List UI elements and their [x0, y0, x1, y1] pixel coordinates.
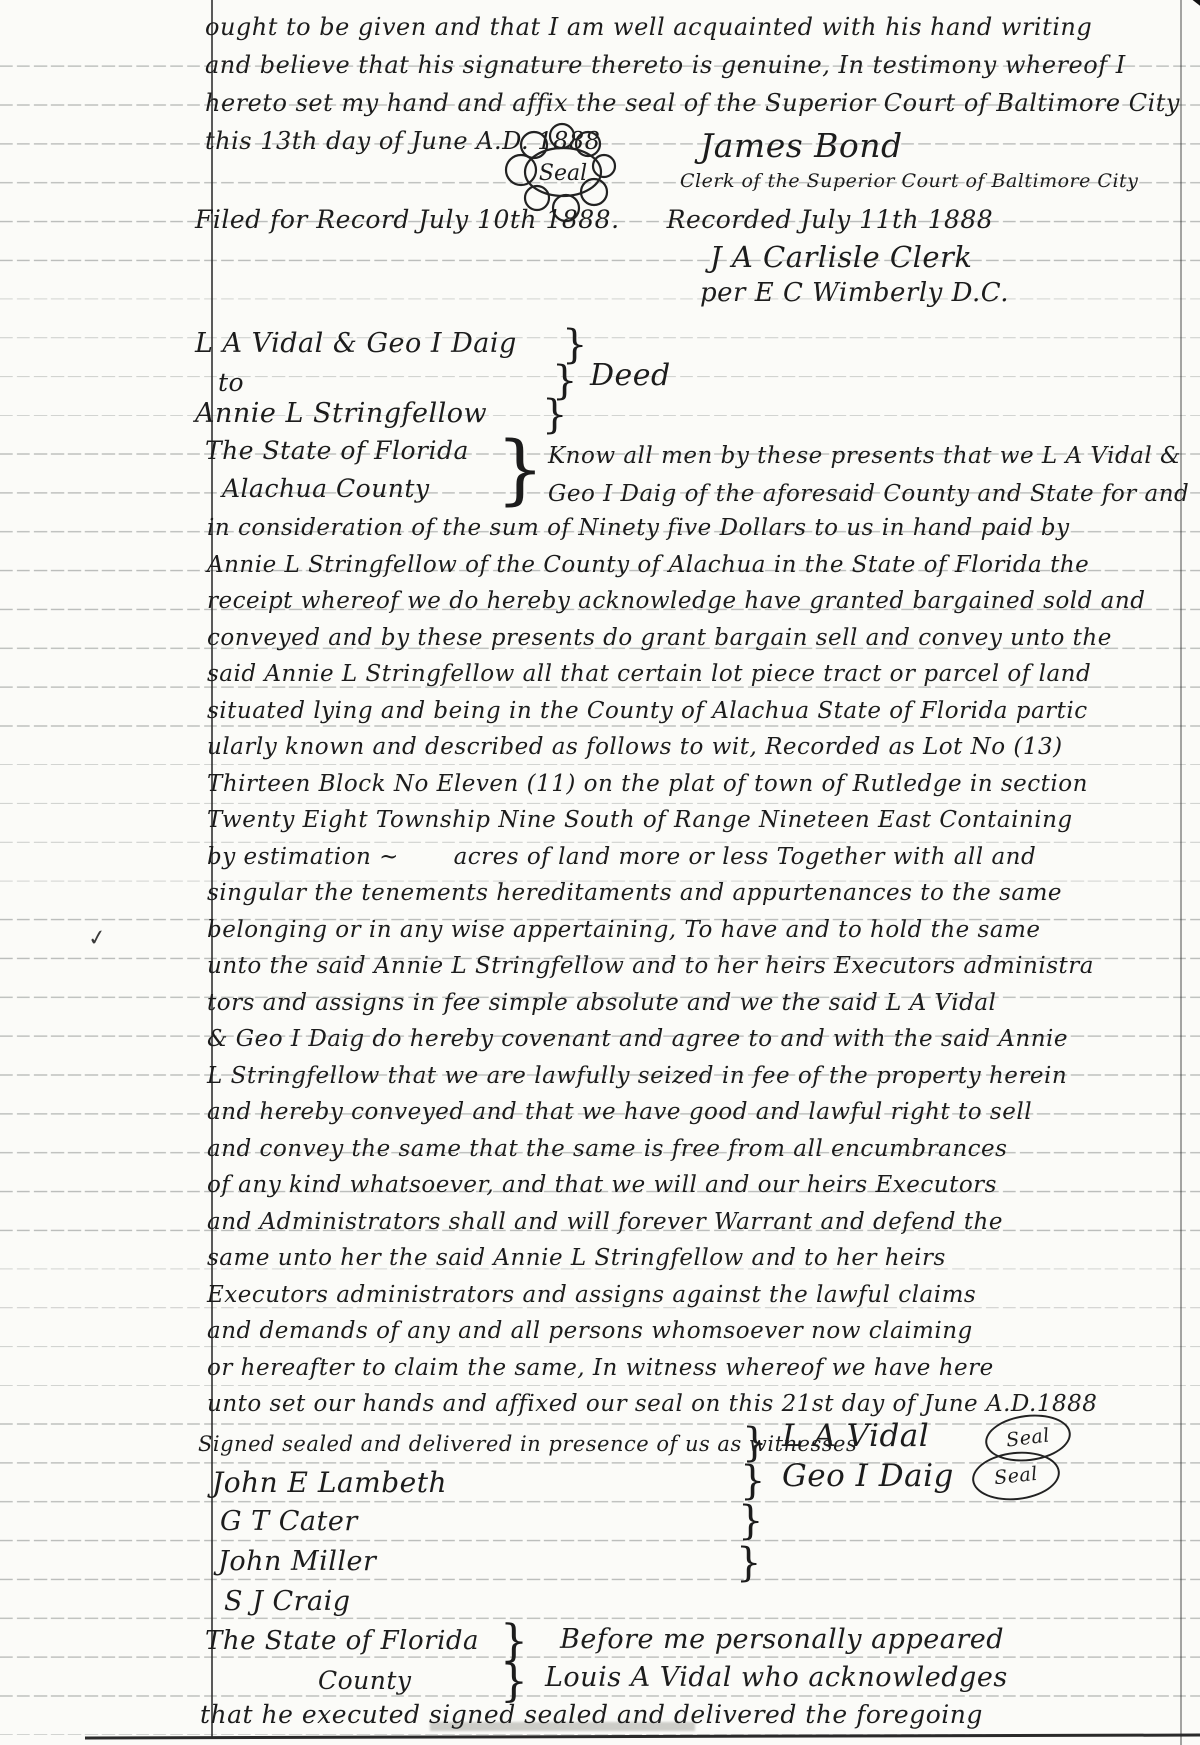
caption-connector-to: to: [218, 368, 244, 397]
ack-text-full: that he executed signed sealed and deliv…: [200, 1700, 983, 1729]
deed-body-line: of any kind whatsoever, and that we will…: [207, 1167, 1077, 1204]
certificate-line: hereto set my hand and affix the seal of…: [205, 84, 1105, 122]
deed-body-line: said Annie L Stringfellow all that certa…: [207, 656, 1077, 693]
clerk-title: Clerk of the Superior Court of Baltimore…: [680, 170, 1138, 192]
deed-body-line: situated lying and being in the County o…: [207, 693, 1077, 730]
margin-check-mark: ✓: [86, 925, 108, 952]
deed-body-line: Geo I Daig of the aforesaid County and S…: [548, 476, 1189, 513]
deed-body-line: conveyed and by these presents do grant …: [207, 620, 1077, 657]
deed-body-line: or hereafter to claim the same, In witne…: [207, 1350, 1077, 1387]
deed-body-line: belonging or in any wise appertaining, T…: [207, 912, 1077, 949]
seal-label: Seal: [1005, 1424, 1051, 1451]
deed-body-line: singular the tenements hereditaments and…: [207, 875, 1077, 912]
witness-signature: G T Cater: [220, 1506, 358, 1537]
clerk-signature-james-bond: James Bond: [700, 126, 903, 165]
deed-body-line: Executors administrators and assigns aga…: [207, 1277, 1077, 1314]
deed-venue-county: Alachua County: [222, 474, 430, 503]
seal-label: Seal: [539, 161, 587, 186]
scanned-deed-page: { "page": { "paper_color": "#fbfbf8", "i…: [0, 0, 1200, 1745]
venue-brace: }: [496, 424, 545, 513]
caption-grantors: L A Vidal & Geo I Daig: [195, 328, 517, 359]
deed-body-line: & Geo I Daig do hereby covenant and agre…: [207, 1021, 1077, 1058]
certificate-line: ought to be given and that I am well acq…: [205, 8, 1105, 46]
witness-signature: John Miller: [218, 1546, 376, 1577]
filed-for-record-text: Filed for Record July 10th 1888.: [195, 205, 620, 234]
deed-body-line: and hereby conveyed and that we have goo…: [207, 1094, 1077, 1131]
ack-text-right-2: Louis A Vidal who acknowledges: [545, 1662, 1008, 1693]
deed-body-line: L Stringfellow that we are lawfully seiz…: [207, 1058, 1077, 1095]
right-page-edge-line: [1180, 0, 1182, 1745]
caption-instrument-deed: Deed: [590, 358, 671, 393]
witness-signature: S J Craig: [224, 1586, 351, 1617]
recorded-text: Recorded July 11th 1888: [667, 205, 994, 234]
recording-clerk-signature: J A Carlisle Clerk: [710, 240, 973, 274]
deed-body-line: Annie L Stringfellow of the County of Al…: [207, 547, 1077, 584]
deed-body-line: by estimation ~ acres of land more or le…: [207, 839, 1077, 876]
deed-body-line: and Administrators shall and will foreve…: [207, 1204, 1077, 1241]
deed-venue-state: The State of Florida: [205, 436, 469, 465]
deputy-clerk-signature: per E C Wimberly D.C.: [700, 278, 1009, 308]
witness-signature: John E Lambeth: [212, 1466, 447, 1499]
deed-body-line: ularly known and described as follows to…: [207, 729, 1077, 766]
deed-body-line: and demands of any and all persons whoms…: [207, 1313, 1077, 1350]
signature-brace-4: }: [736, 1540, 762, 1586]
ack-venue-state: The State of Florida: [205, 1626, 479, 1656]
ack-venue-county-blank: County: [318, 1666, 412, 1695]
caption-grantee: Annie L Stringfellow: [195, 398, 487, 429]
filing-line: Filed for Record July 10th 1888. Recorde…: [195, 205, 993, 234]
deed-body-line: same unto her the said Annie L Stringfel…: [207, 1240, 1077, 1277]
signature-brace-3: }: [738, 1498, 764, 1544]
seal-label: Seal: [993, 1463, 1039, 1489]
deed-body-line: unto set our hands and affixed our seal …: [207, 1386, 1077, 1423]
deed-body-line: Thirteen Block No Eleven (11) on the pla…: [207, 766, 1077, 803]
deed-body-line: Know all men by these presents that we L…: [548, 438, 1181, 475]
certificate-line: this 13th day of June A.D. 1888: [205, 122, 1105, 160]
deed-body-line: unto the said Annie L Stringfellow and t…: [207, 948, 1077, 985]
deed-body-line: in consideration of the sum of Ninety fi…: [207, 510, 1077, 547]
ack-text-right-1: Before me personally appeared: [560, 1624, 1004, 1655]
grantor-signature-vidal: L A Vidal: [782, 1418, 929, 1454]
grantor-signature-daig: Geo I Daig: [782, 1458, 954, 1494]
deed-body-line: tors and assigns in fee simple absolute …: [207, 985, 1077, 1022]
deed-body-line: and convey the same that the same is fre…: [207, 1131, 1077, 1168]
deed-body-line: receipt whereof we do hereby acknowledge…: [207, 583, 1077, 620]
certificate-line: and believe that his signature thereto i…: [205, 46, 1105, 84]
caption-brace-bottom: }: [542, 392, 568, 438]
deed-body-line: Twenty Eight Township Nine South of Rang…: [207, 802, 1077, 839]
deed-body-text: in consideration of the sum of Ninety fi…: [207, 510, 1077, 1423]
certificate-closing-text: ought to be given and that I am well acq…: [205, 8, 1105, 160]
